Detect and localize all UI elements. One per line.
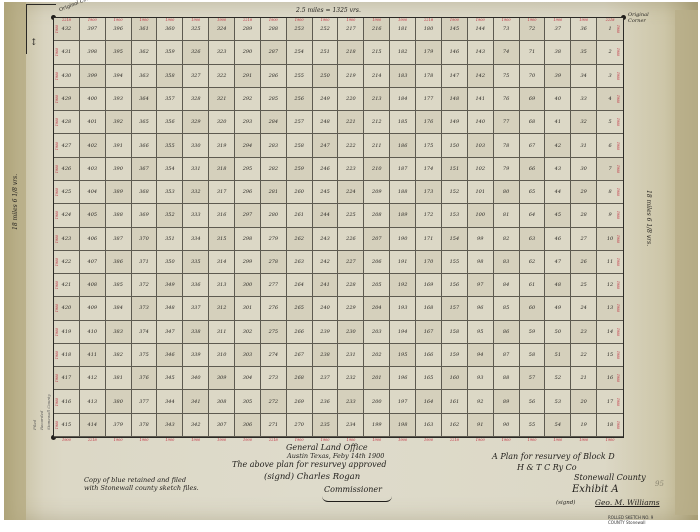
section-number: 389 [113, 189, 123, 195]
section-cell: 204 [364, 297, 390, 320]
section-cell: 369 [132, 204, 158, 227]
section-number: 219 [346, 73, 356, 79]
section-number: 1 [608, 26, 611, 32]
section-number: 408 [88, 282, 98, 288]
acreage-label: 1900 [616, 328, 620, 336]
section-cell: 60 [520, 297, 546, 320]
section-number: 229 [346, 305, 356, 311]
section-number: 287 [269, 49, 279, 55]
section-number: 63 [529, 236, 535, 242]
section-cell: 347 [157, 321, 183, 344]
section-number: 364 [139, 96, 149, 102]
section-cell: 147 [442, 65, 468, 88]
section-cell: 303 [235, 344, 261, 367]
section-cell: 275 [261, 321, 287, 344]
section-number: 101 [475, 189, 485, 195]
section-number: 400 [88, 96, 98, 102]
section-cell: 272 [261, 390, 287, 413]
section-cell: 331 [183, 158, 209, 181]
section-number: 52 [555, 375, 561, 381]
section-cell: 225 [338, 204, 364, 227]
section-number: 343 [165, 422, 175, 428]
section-number: 231 [346, 352, 356, 358]
acreage-label: 1900 [476, 18, 485, 22]
section-cell: 149 [442, 111, 468, 134]
section-number: 224 [346, 189, 356, 195]
section-number: 195 [398, 352, 408, 358]
section-cell: 290 [235, 41, 261, 64]
section-cell: 74 [494, 41, 520, 64]
section-cell: 1802218 [416, 18, 442, 41]
section-number: 305 [243, 399, 253, 405]
section-cell: 241 [313, 274, 339, 297]
section-number: 44 [555, 189, 561, 195]
stamp-line: COUNTY Stonewall [608, 520, 653, 525]
section-number: 412 [88, 375, 98, 381]
acreage-label: 1900 [616, 48, 620, 56]
section-number: 335 [191, 259, 201, 265]
acreage-label: 1900 [616, 304, 620, 312]
section-number: 143 [475, 49, 485, 55]
section-cell: 85 [494, 297, 520, 320]
section-number: 26 [581, 259, 587, 265]
section-number: 30 [581, 166, 587, 172]
section-number: 177 [424, 96, 434, 102]
margin-note: Recorded [39, 411, 44, 430]
acreage-label: 1900 [616, 25, 620, 33]
section-cell: 244 [313, 204, 339, 227]
section-cell: 44 [545, 181, 571, 204]
section-cell: 311 [209, 321, 235, 344]
section-number: 399 [88, 73, 98, 79]
section-cell: 365 [132, 111, 158, 134]
section-cell: 66 [520, 158, 546, 181]
section-cell: 372 [132, 274, 158, 297]
section-cell: 61900 [597, 134, 623, 157]
section-number: 417 [62, 375, 72, 381]
section-number: 207 [372, 236, 382, 242]
section-number: 169 [424, 282, 434, 288]
corner-label-top-right: Original Corner [628, 12, 668, 24]
section-cell: 3071900 [209, 414, 235, 437]
acreage-label: 1900 [616, 258, 620, 266]
section-cell: 292 [235, 88, 261, 111]
section-cell: 30 [571, 158, 597, 181]
section-number: 76 [503, 96, 509, 102]
section-cell: 94 [468, 344, 494, 367]
acreage-label: 1900 [55, 235, 59, 243]
section-number: 208 [372, 212, 382, 218]
section-number: 77 [503, 119, 509, 125]
section-cell: 322 [209, 65, 235, 88]
section-cell: 102 [468, 158, 494, 181]
section-number: 373 [139, 305, 149, 311]
section-number: 355 [165, 143, 175, 149]
section-number: 28 [581, 212, 587, 218]
section-number: 432 [62, 26, 72, 32]
section-cell: 158 [442, 321, 468, 344]
section-number: 10 [607, 236, 613, 242]
section-number: 286 [269, 73, 279, 79]
section-cell: 206 [364, 251, 390, 274]
section-cell: 183 [390, 65, 416, 88]
section-cell: 263 [287, 251, 313, 274]
acreage-label: 1900 [88, 18, 97, 22]
section-number: 150 [450, 143, 460, 149]
section-cell: 246 [313, 158, 339, 181]
copy-note-line2: with Stonewall county sketch files. [84, 484, 199, 492]
section-number: 20 [581, 399, 587, 405]
section-cell: 2701900 [287, 414, 313, 437]
section-number: 57 [529, 375, 535, 381]
section-cell: 65 [520, 181, 546, 204]
section-number: 377 [139, 399, 149, 405]
section-cell: 229 [338, 297, 364, 320]
section-cell: 333 [183, 204, 209, 227]
section-number: 361 [139, 26, 149, 32]
section-cell: 2351900 [313, 414, 339, 437]
section-number: 253 [294, 26, 304, 32]
section-cell: 219 [338, 65, 364, 88]
section-number: 198 [398, 422, 408, 428]
section-number: 217 [346, 26, 356, 32]
section-cell: 3791900 [106, 414, 132, 437]
acreage-label: 1900 [55, 25, 59, 33]
section-cell: 233 [338, 390, 364, 413]
section-cell: 291 [235, 65, 261, 88]
section-number: 184 [398, 96, 408, 102]
section-cell: 3961900 [106, 18, 132, 41]
section-cell: 4271900 [54, 134, 80, 157]
section-number: 409 [88, 305, 98, 311]
section-number: 175 [424, 143, 434, 149]
section-number: 323 [217, 49, 227, 55]
section-cell: 250 [313, 65, 339, 88]
section-number: 360 [165, 26, 175, 32]
section-number: 381 [113, 375, 123, 381]
section-cell: 146 [442, 41, 468, 64]
section-cell: 191900 [571, 414, 597, 437]
section-cell: 911900 [468, 414, 494, 437]
section-number: 306 [243, 422, 253, 428]
section-cell: 77 [494, 111, 520, 134]
section-cell: 69 [520, 88, 546, 111]
section-cell: 48 [545, 274, 571, 297]
section-cell: 386 [106, 251, 132, 274]
section-cell: 103 [468, 134, 494, 157]
section-number: 100 [475, 212, 485, 218]
section-number: 357 [165, 96, 175, 102]
section-cell: 91900 [597, 204, 623, 227]
section-number: 181 [398, 26, 408, 32]
section-number: 159 [450, 352, 460, 358]
section-cell: 367 [132, 158, 158, 181]
section-number: 293 [243, 119, 253, 125]
section-cell: 350 [157, 251, 183, 274]
acreage-label: 1900 [140, 438, 149, 442]
section-cell: 242 [313, 251, 339, 274]
approval-signature: (signd) Charles Rogan [264, 472, 360, 482]
section-cell: 901900 [494, 414, 520, 437]
section-cell: 238 [313, 344, 339, 367]
section-cell: 59 [520, 321, 546, 344]
section-number: 167 [424, 329, 434, 335]
section-cell: 4191900 [54, 321, 80, 344]
plan-county: Stonewall County [574, 473, 646, 482]
section-number: 273 [269, 375, 279, 381]
section-number: 249 [320, 96, 330, 102]
section-number: 300 [243, 282, 253, 288]
section-number: 292 [243, 96, 253, 102]
section-cell: 35 [571, 41, 597, 64]
section-cell: 176 [416, 111, 442, 134]
section-cell: 87 [494, 344, 520, 367]
section-cell: 318 [209, 158, 235, 181]
section-cell: 389 [106, 181, 132, 204]
section-cell: 3971900 [80, 18, 106, 41]
acreage-label: 1900 [616, 281, 620, 289]
rolled-sketch-stamp: ROLLED SKETCH NO. 9 COUNTY Stonewall [608, 515, 653, 525]
section-number: 84 [503, 282, 509, 288]
section-number: 94 [477, 352, 483, 358]
section-cell: 52 [545, 367, 571, 390]
section-cell: 177 [416, 88, 442, 111]
section-cell: 277 [261, 274, 287, 297]
section-cell: 332 [183, 181, 209, 204]
section-cell: 179 [416, 41, 442, 64]
section-cell: 3421900 [183, 414, 209, 437]
acreage-label: 1900 [450, 18, 459, 22]
acreage-label: 1900 [114, 438, 123, 442]
section-number: 80 [503, 189, 509, 195]
section-cell: 276 [261, 297, 287, 320]
margin-notes: Filed Recorded Stonewall County [30, 290, 52, 430]
section-cell: 192 [390, 274, 416, 297]
section-number: 232 [346, 375, 356, 381]
section-number: 99 [477, 236, 483, 242]
section-number: 307 [217, 422, 227, 428]
section-cell: 731900 [494, 18, 520, 41]
acreage-label: 1900 [616, 165, 620, 173]
section-number: 161 [450, 399, 460, 405]
section-cell: 320 [209, 111, 235, 134]
section-number: 3 [608, 73, 611, 79]
section-number: 348 [165, 305, 175, 311]
section-cell: 273 [261, 367, 287, 390]
section-cell: 327 [183, 65, 209, 88]
section-cell: 370 [132, 228, 158, 251]
section-cell: 280 [261, 204, 287, 227]
section-cell: 24 [571, 297, 597, 320]
section-number: 354 [165, 166, 175, 172]
acreage-label: 1900 [55, 72, 59, 80]
acreage-label: 2218 [62, 18, 71, 22]
section-cell: 374 [132, 321, 158, 344]
section-cell: 4201900 [54, 297, 80, 320]
section-number: 321 [217, 96, 227, 102]
section-number: 158 [450, 329, 460, 335]
section-cell: 2892218 [235, 18, 261, 41]
section-cell: 297 [235, 204, 261, 227]
section-number: 344 [165, 399, 175, 405]
acreage-label: 1900 [616, 188, 620, 196]
section-cell: 393 [106, 88, 132, 111]
section-number: 281 [269, 189, 279, 195]
acreage-label: 1900 [55, 304, 59, 312]
section-cell: 721900 [520, 18, 546, 41]
section-number: 93 [477, 375, 483, 381]
section-cell: 371 [132, 251, 158, 274]
section-cell: 248 [313, 111, 339, 134]
section-cell: 231 [338, 344, 364, 367]
section-cell: 1451900 [442, 18, 468, 41]
section-number: 283 [269, 143, 279, 149]
section-cell: 51 [545, 344, 571, 367]
section-cell: 283 [261, 134, 287, 157]
section-number: 337 [191, 305, 201, 311]
section-number: 331 [191, 166, 201, 172]
acreage-label: 1900 [243, 438, 252, 442]
section-number: 50 [555, 329, 561, 335]
section-number: 285 [269, 96, 279, 102]
acreage-label: 1900 [606, 438, 615, 442]
section-cell: 3251900 [183, 18, 209, 41]
section-number: 218 [346, 49, 356, 55]
section-number: 290 [243, 49, 253, 55]
section-number: 289 [243, 26, 253, 32]
section-number: 317 [217, 189, 227, 195]
section-cell: 51900 [597, 111, 623, 134]
section-number: 405 [88, 212, 98, 218]
section-number: 197 [398, 399, 408, 405]
section-cell: 551900 [520, 414, 546, 437]
section-cell: 156 [442, 274, 468, 297]
section-number: 163 [424, 422, 434, 428]
section-number: 2 [608, 49, 611, 55]
section-cell: 316 [209, 204, 235, 227]
section-cell: 408 [80, 274, 106, 297]
section-number: 315 [217, 236, 227, 242]
section-number: 42 [555, 143, 561, 149]
acreage-label: 1900 [616, 421, 620, 429]
plan-title: A Plan for resurvey of Block D [492, 452, 615, 461]
section-cell: 352 [157, 204, 183, 227]
section-number: 240 [320, 305, 330, 311]
section-number: 263 [294, 259, 304, 265]
section-number: 75 [503, 73, 509, 79]
acreage-label: 1900 [616, 118, 620, 126]
section-number: 24 [581, 305, 587, 311]
section-cell: 148 [442, 88, 468, 111]
section-cell: 353 [157, 181, 183, 204]
section-number: 238 [320, 352, 330, 358]
section-cell: 381 [106, 367, 132, 390]
section-cell: 93 [468, 367, 494, 390]
section-number: 277 [269, 282, 279, 288]
section-number: 403 [88, 166, 98, 172]
section-cell: 409 [80, 297, 106, 320]
section-number: 73 [503, 26, 509, 32]
section-number: 88 [503, 375, 509, 381]
section-cell: 1819001900 [597, 414, 623, 437]
section-number: 346 [165, 352, 175, 358]
section-number: 268 [294, 375, 304, 381]
acreage-label: 1900 [616, 235, 620, 243]
section-number: 352 [165, 212, 175, 218]
section-cell: 187 [390, 158, 416, 181]
section-cell: 341 [183, 390, 209, 413]
section-cell: 155 [442, 251, 468, 274]
section-cell: 195 [390, 344, 416, 367]
section-number: 40 [555, 96, 561, 102]
section-cell: 317 [209, 181, 235, 204]
section-number: 326 [191, 49, 201, 55]
section-cell: 345 [157, 367, 183, 390]
section-cell: 413 [80, 390, 106, 413]
section-number: 313 [217, 282, 227, 288]
section-cell: 359 [157, 41, 183, 64]
acreage-label: 1900 [616, 95, 620, 103]
section-number: 265 [294, 305, 304, 311]
section-cell: 1981900 [390, 414, 416, 437]
section-number: 390 [113, 166, 123, 172]
section-number: 13 [607, 305, 613, 311]
section-number: 98 [477, 259, 483, 265]
section-number: 39 [555, 73, 561, 79]
section-number: 9 [608, 212, 611, 218]
section-cell: 151 [442, 158, 468, 181]
section-cell: 194 [390, 321, 416, 344]
section-number: 4 [608, 96, 611, 102]
section-number: 431 [62, 49, 72, 55]
section-number: 48 [555, 282, 561, 288]
section-cell: 182 [390, 41, 416, 64]
section-number: 341 [191, 399, 201, 405]
section-number: 241 [320, 282, 330, 288]
section-number: 156 [450, 282, 460, 288]
section-number: 11 [607, 259, 613, 265]
section-number: 311 [217, 329, 227, 335]
section-number: 58 [529, 352, 535, 358]
section-number: 149 [450, 119, 460, 125]
section-cell: 4181900 [54, 344, 80, 367]
section-number: 55 [529, 422, 535, 428]
section-number: 171 [424, 236, 434, 242]
section-cell: 64 [520, 204, 546, 227]
section-number: 221 [346, 119, 356, 125]
section-number: 179 [424, 49, 434, 55]
section-cell: 356 [157, 111, 183, 134]
section-cell: 160 [442, 367, 468, 390]
section-cell: 209 [364, 181, 390, 204]
section-cell: 62 [520, 251, 546, 274]
section-cell: 189 [390, 204, 416, 227]
section-cell: 338 [183, 321, 209, 344]
section-cell: 255 [287, 65, 313, 88]
section-cell: 390 [106, 158, 132, 181]
section-cell: 38 [545, 41, 571, 64]
section-number: 416 [62, 399, 72, 405]
section-cell: 26 [571, 251, 597, 274]
section-number: 367 [139, 166, 149, 172]
section-number: 162 [450, 422, 460, 428]
section-number: 82 [503, 236, 509, 242]
section-number: 379 [113, 422, 123, 428]
section-cell: 186 [390, 134, 416, 157]
acreage-label: 1900 [295, 18, 304, 22]
section-number: 89 [503, 399, 509, 405]
section-cell: 154 [442, 228, 468, 251]
